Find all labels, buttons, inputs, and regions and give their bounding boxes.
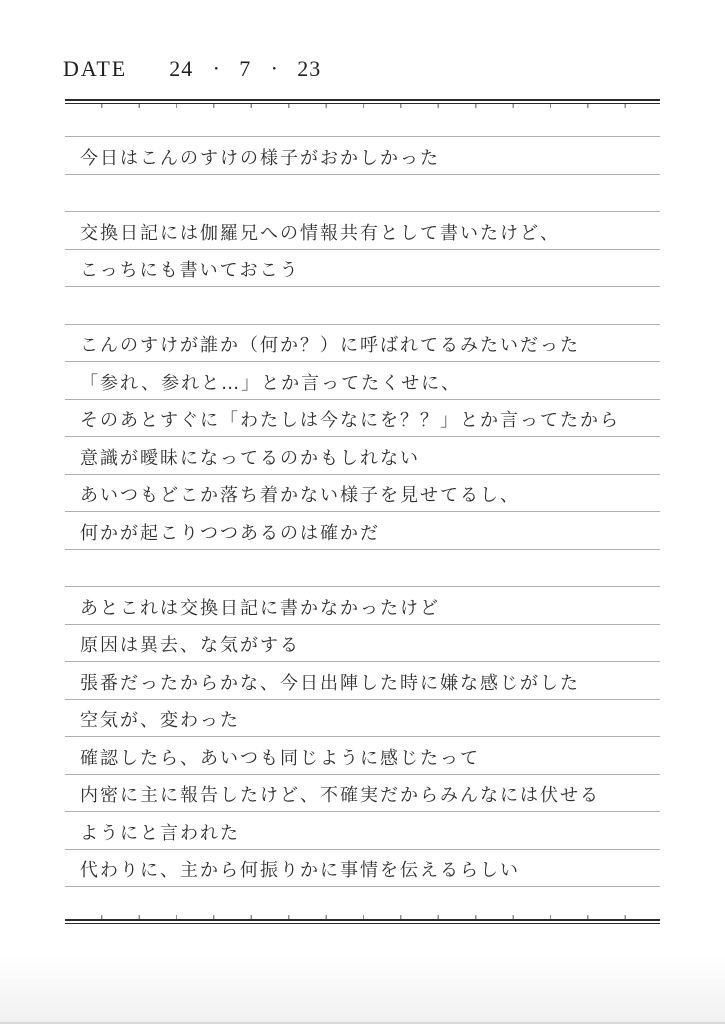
date-value-month: 7 — [239, 56, 251, 82]
diary-line: あいつもどこか落ち着かない様子を見せてるし、 — [65, 475, 660, 513]
diary-line: そのあとすぐに「わたしは今なにを？？」とか言ってたから — [65, 400, 660, 438]
diary-line: 確認したら、あいつも同じように感じたって — [65, 737, 660, 775]
diary-line: 意識が曖昧になってるのかもしれない — [65, 437, 660, 475]
date-value-year: 24 — [169, 56, 193, 82]
diary-page: DATE 24 ・ 7 ・ 23 今日はこんのすけの様子がおかしかった 交換日記… — [0, 0, 725, 1024]
ruled-area: 今日はこんのすけの様子がおかしかった 交換日記には伽羅兄への情報共有として書いた… — [65, 103, 660, 915]
diary-line: ようにと言われた — [65, 812, 660, 850]
diary-line: こっちにも書いておこう — [65, 250, 660, 288]
blank-line — [65, 550, 660, 588]
diary-line: 代わりに、主から何振りかに事情を伝えるらしい — [65, 850, 660, 888]
blank-line — [65, 103, 660, 137]
date-label: DATE — [63, 56, 127, 82]
page-edge-shadow — [0, 954, 725, 1024]
diary-line: 張番だったからかな、今日出陣した時に嫌な感じがした — [65, 662, 660, 700]
date-header: DATE 24 ・ 7 ・ 23 — [63, 56, 321, 82]
diary-line: こんのすけが誰か（何か？）に呼ばれてるみたいだった — [65, 325, 660, 363]
date-separator: ・ — [209, 59, 223, 79]
diary-line: あとこれは交換日記に書かなかったけど — [65, 587, 660, 625]
diary-line: 内密に主に報告したけど、不確実だからみんなには伏せる — [65, 775, 660, 813]
date-separator: ・ — [267, 59, 281, 79]
blank-line — [65, 175, 660, 213]
bottom-divider — [65, 919, 660, 924]
date-value-day: 23 — [297, 56, 321, 82]
diary-line: 何かが起こりつつあるのは確かだ — [65, 512, 660, 550]
diary-line: 空気が、変わった — [65, 700, 660, 738]
blank-line — [65, 887, 660, 915]
diary-line: 「参れ、参れと…」とか言ってたくせに、 — [65, 362, 660, 400]
blank-line — [65, 287, 660, 325]
diary-line: 今日はこんのすけの様子がおかしかった — [65, 137, 660, 175]
diary-line: 原因は異去、な気がする — [65, 625, 660, 663]
diary-line: 交換日記には伽羅兄への情報共有として書いたけど、 — [65, 212, 660, 250]
